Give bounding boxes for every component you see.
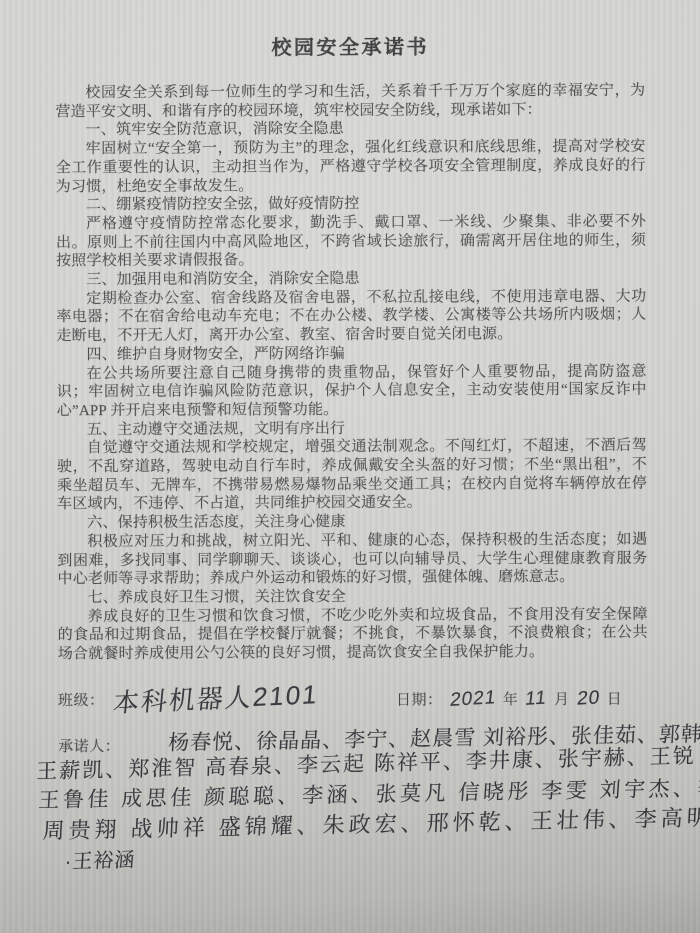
section-heading: 四、维护自身财物安全，严防网络诈骗 — [56, 344, 646, 365]
year-unit: 年 — [503, 688, 519, 709]
date-group: 日期： 2021 年 11 月 20 日 — [396, 688, 622, 711]
section: 二、绷紧疫情防控安全弦，做好疫情防控 严格遵守疫情防控常态化要求，勤洗手、戴口罩… — [56, 194, 646, 271]
section-heading: 七、养成良好卫生习惯，关注饮食安全 — [58, 587, 648, 608]
paper-content: 校园安全承诺书 校园安全关系到每一位师生的学习和生活，关系着千千万万个家庭的幸福… — [0, 0, 700, 933]
section-heading: 五、主动遵守交通法规，文明有序出行 — [57, 418, 647, 439]
date-day-handwritten: 20 — [575, 687, 601, 710]
page-title: 校园安全承诺书 — [55, 33, 645, 64]
section-body: 自觉遵守交通法规和学校规定，增强交通法制观念。不闯红灯，不超速，不酒后驾驶，不乱… — [57, 437, 647, 514]
section-body: 养成良好的卫生习惯和饮食习惯，不吃少吃外卖和垃圾食品，不食用没有安全保障的食品和… — [58, 605, 648, 664]
section-heading: 二、绷紧疫情防控安全弦，做好疫情防控 — [56, 194, 646, 215]
footer: 班级： 本科机器人2101 日期： 2021 年 11 月 20 日 承诺人： — [58, 686, 649, 875]
section-body: 定期检查办公室、宿舍线路及宿舍电器，不私拉乱接电线，不使用违章电器、大功率电器；… — [56, 287, 646, 346]
day-unit: 日 — [607, 688, 623, 709]
class-value-handwritten: 本科机器人2101 — [111, 679, 320, 718]
month-unit: 月 — [554, 688, 570, 709]
section-body: 在公共场所要注意自己随身携带的贵重物品，保管好个人重要物品，提高防盗意识；牢固树… — [57, 362, 647, 421]
signature-rows: 杨春悦、徐晶晶、李宁、赵晨雪 刘裕彤、张佳茹、郭韩月、丛琳琳、石盼勤 王薪凯、郑… — [58, 728, 649, 875]
intro-paragraph: 校园安全关系到每一位师生的学习和生活，关系着千千万万个家庭的幸福安宁，为营造平安… — [55, 82, 645, 122]
section-body: 牢固树立“安全第一，预防为主”的理念，强化红线意识和底线思维，提高对学校安全工作… — [56, 138, 646, 197]
section: 五、主动遵守交通法规，文明有序出行 自觉遵守交通法规和学校规定，增强交通法制观念… — [57, 418, 647, 514]
signature-block: 承诺人： 杨春悦、徐晶晶、李宁、赵晨雪 刘裕彤、张佳茹、郭韩月、丛琳琳、石盼勤 … — [58, 728, 649, 875]
class-label: 班级： — [58, 689, 105, 710]
date-label: 日期： — [396, 688, 443, 709]
section: 七、养成良好卫生习惯，关注饮食安全 养成良好的卫生习惯和饮食习惯，不吃少吃外卖和… — [58, 587, 648, 664]
sections-list: 一、筑牢安全防范意识，消除安全隐患 牢固树立“安全第一，预防为主”的理念，强化红… — [55, 119, 647, 664]
promiser-label: 承诺人： — [58, 735, 120, 756]
section: 六、保持积极生活态度，关注身心健康 积极应对压力和挑战，树立阳光、平和、健康的心… — [57, 512, 647, 589]
class-group: 班级： 本科机器人2101 — [58, 688, 318, 714]
class-date-line: 班级： 本科机器人2101 日期： 2021 年 11 月 20 日 — [58, 686, 648, 727]
date-month-handwritten: 11 — [524, 687, 548, 710]
section-heading: 六、保持积极生活态度，关注身心健康 — [57, 512, 647, 533]
section-body: 积极应对压力和挑战，树立阳光、平和、健康的心态，保持积极的生活态度；如遇到困难，… — [57, 531, 647, 590]
date-year-handwritten: 2021 — [448, 687, 497, 712]
section-heading: 三、加强用电和消防安全，消除安全隐患 — [56, 269, 646, 290]
section: 一、筑牢安全防范意识，消除安全隐患 牢固树立“安全第一，预防为主”的理念，强化红… — [55, 119, 645, 196]
section: 四、维护自身财物安全，严防网络诈骗 在公共场所要注意自己随身携带的贵重物品，保管… — [56, 344, 646, 421]
section-heading: 一、筑牢安全防范意识，消除安全隐患 — [55, 119, 645, 140]
section: 三、加强用电和消防安全，消除安全隐患 定期检查办公室、宿舍线路及宿舍电器，不私拉… — [56, 269, 646, 346]
document-photo: 校园安全承诺书 校园安全关系到每一位师生的学习和生活，关系着千千万万个家庭的幸福… — [0, 0, 700, 933]
section-body: 严格遵守疫情防控常态化要求，勤洗手、戴口罩、一米线、少聚集、非必要不外出。原则上… — [56, 213, 646, 272]
